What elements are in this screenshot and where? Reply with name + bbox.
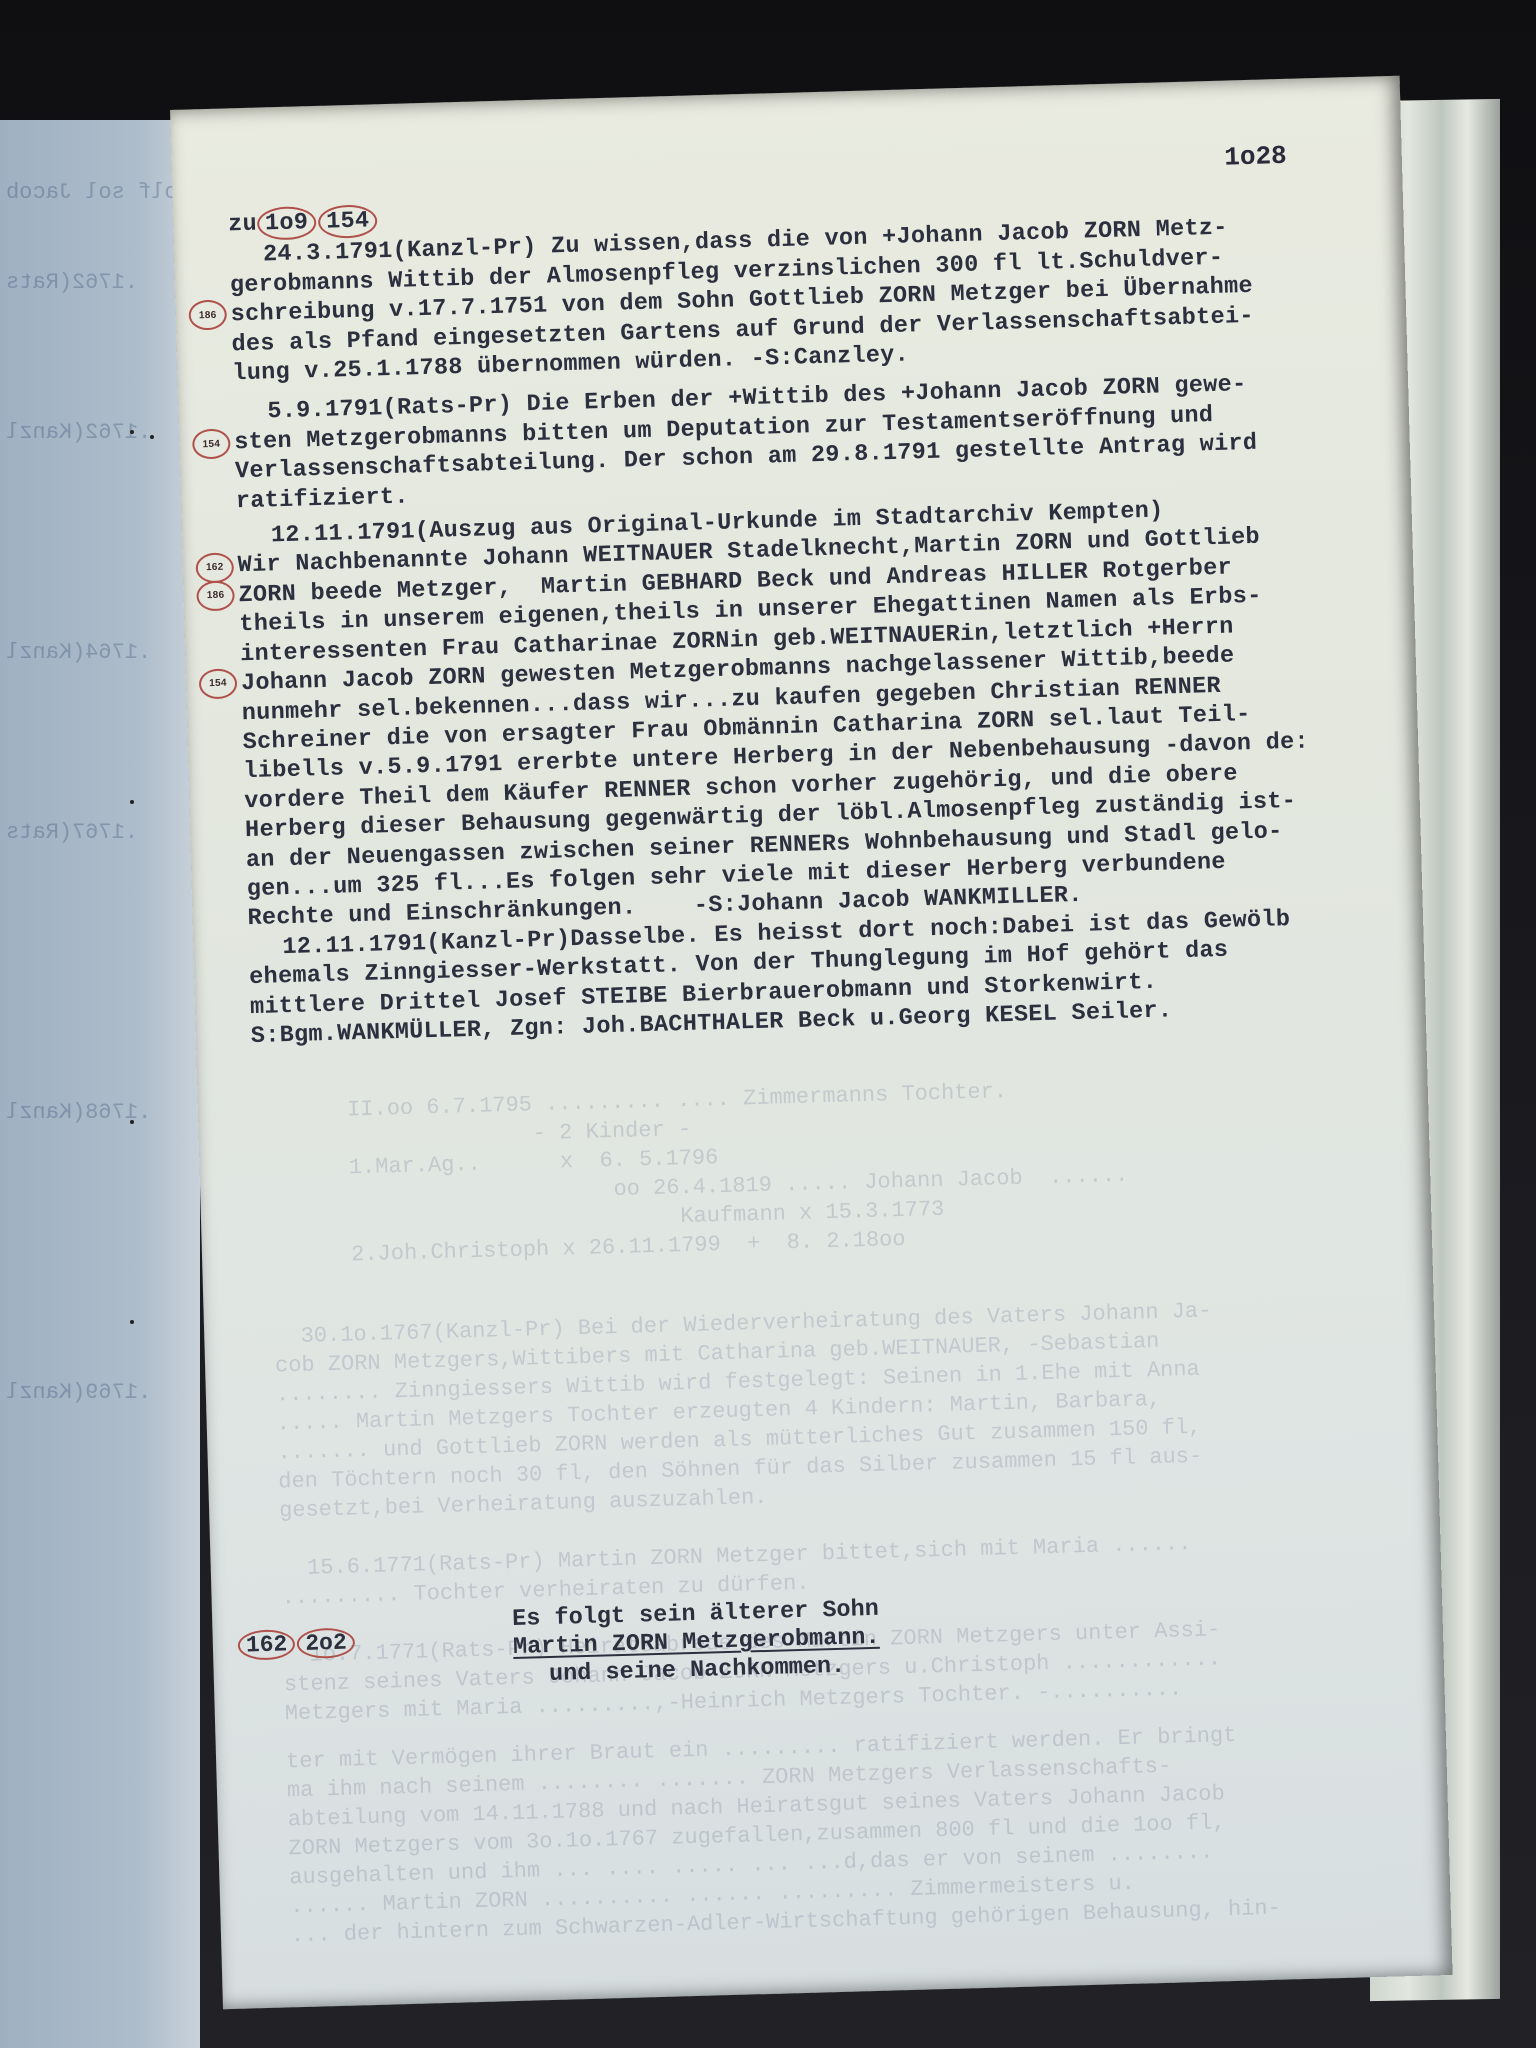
footer-refs: 1622o2 [237,1627,357,1660]
pencil-dot [130,1120,134,1124]
document-body: zu1o9154 186 24.3.1791(Kanzl-Pr) Zu wiss… [228,177,1381,1052]
left-page-edge: Wolf sol Jacob .1762(Rats .1762(Kanzl .1… [0,120,200,2048]
pencil-dot [130,800,134,804]
entry-2: 154 5.9.1791(Rats-Pr) Die Erben der +Wit… [233,367,1366,516]
pencil-dot [150,435,154,439]
margin-ref-circle: 186 [188,300,227,331]
left-page-showthrough: Wolf sol Jacob [6,180,191,205]
margin-ref-circle: 162 [195,552,234,583]
margin-ref-circle: 154 [199,668,238,699]
margin-ref-circle: 154 [192,429,231,460]
showthrough-text: ter mit Vermögen ihrer Braut ein .......… [286,1720,1281,1951]
header-prefix: zu [228,211,258,239]
pencil-dot [130,430,134,434]
margin-ref-circle: 186 [196,580,235,611]
showthrough-text: II.oo 6.7.1795 ......... .... Zimmermann… [268,1074,1131,1272]
continuation-note: Es folgt sein älterer Sohn Martin ZORN M… [512,1596,881,1690]
left-page-showthrough: .1767(Rats [6,820,138,845]
ref-circle: 162 [237,1629,295,1661]
ref-circle: 2o2 [297,1627,355,1659]
entry-1: 186 24.3.1791(Kanzl-Pr) Zu wissen,dass d… [229,210,1363,389]
ref-circle: 1o9 [257,206,317,241]
entry-3: 162 186 154 12.11.1791(Auszug aus Origin… [237,491,1378,934]
page-number: 1o28 [1224,141,1287,173]
left-page-showthrough: .1764(Kanzl [6,640,151,665]
ref-circle: 154 [318,204,378,239]
document-page: 1o28 zu1o9154 186 24.3.1791(Kanzl-Pr) Zu… [170,76,1453,2010]
pencil-dot [130,1320,134,1324]
left-page-showthrough: .1762(Rats [6,270,138,295]
left-page-showthrough: .1769(Kanzl [6,1380,151,1405]
